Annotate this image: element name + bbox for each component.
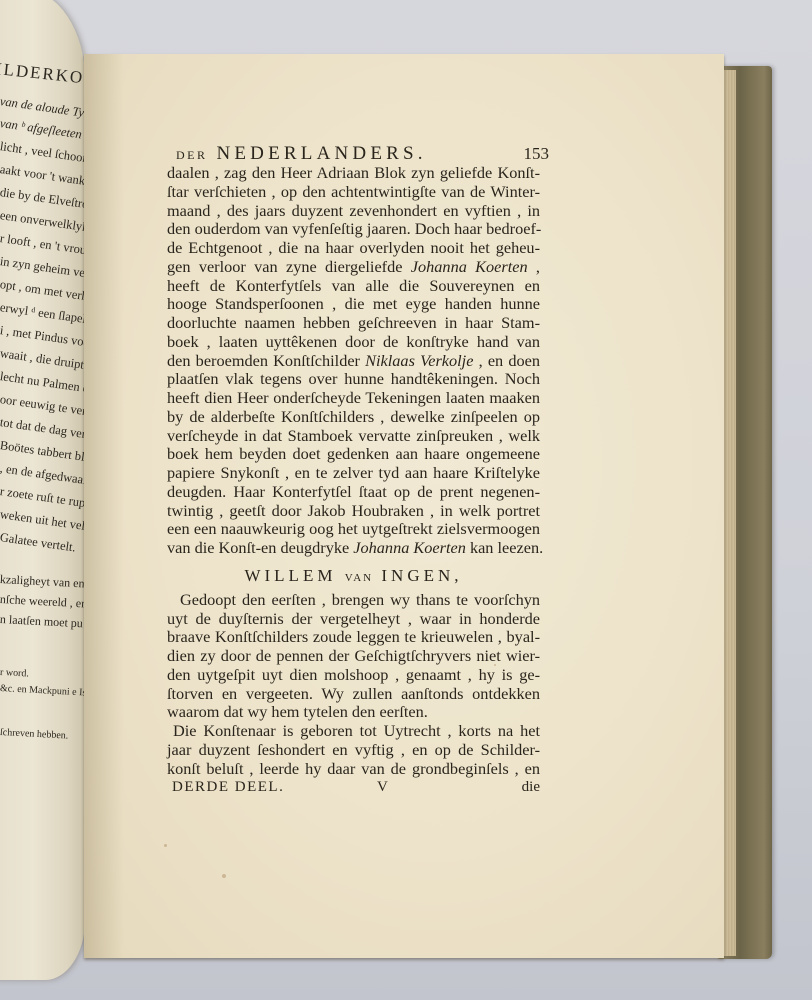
text-segment: van die Konſt-en deugdryke bbox=[167, 538, 353, 557]
heading-first-name: WILLEM bbox=[244, 566, 336, 585]
page-number: 153 bbox=[524, 144, 550, 164]
text-line: verſcheyde in dat Stamboek vervatte zinſ… bbox=[167, 427, 540, 446]
text-line: den uytgeſpit uyt dien molshoop , genaam… bbox=[167, 666, 540, 685]
italic-name: Niklaas Verkolje bbox=[365, 351, 473, 370]
text-line: den beroemden Konſtſchilder Niklaas Verk… bbox=[167, 352, 540, 371]
text-line: doorluchte naamen hebben geſchreeven in … bbox=[167, 314, 540, 333]
left-page: ILDERKONST van de aloude Tyberinaden, va… bbox=[0, 0, 85, 980]
text-line: boek , laaten uyttêkenen door de konſtry… bbox=[167, 333, 540, 352]
text-segment: gen verloor van zyne diergeliefde bbox=[167, 257, 411, 276]
signature-mark: V bbox=[377, 779, 388, 796]
heading-particle: VAN bbox=[345, 572, 373, 584]
left-page-footnote: ſchreven hebben. bbox=[0, 722, 69, 748]
left-page-footnote: &c. en Mackpuni e Is bbox=[0, 678, 85, 705]
text-line: Gedoopt den eerſten , brengen wy thans t… bbox=[167, 591, 540, 610]
text-line: waarom dat wy hem tytelen den eerſten. bbox=[167, 703, 540, 722]
text-line: den ouderdom van vyfenſeſtig jaaren. Doc… bbox=[167, 220, 540, 239]
text-line: twintig , geetſt door Jakob Houbraken , … bbox=[167, 502, 540, 521]
text-line: papiere Snykonſt , en te zelver tyd aan … bbox=[167, 464, 540, 483]
page-footer: DERDE DEEL. V die bbox=[167, 779, 540, 799]
running-head-main: NEDERLANDERS. bbox=[216, 143, 426, 164]
text-line: een een naauwkeurig oog het uytgeſtrekt … bbox=[167, 520, 540, 539]
volume-signature: DERDE DEEL. bbox=[172, 779, 284, 796]
text-line: by de alderbeſte Konſtſchilders , dewelk… bbox=[167, 408, 540, 427]
text-line: konſt beluſt , leerde hy daar van de gro… bbox=[167, 760, 540, 779]
page-edges bbox=[722, 70, 736, 956]
foxing-spot bbox=[164, 844, 167, 847]
text-line: heeft de Konterfytſels van alle die Souv… bbox=[167, 277, 540, 296]
section-heading: WILLEM VAN INGEN, bbox=[167, 560, 540, 591]
text-line: jaar duyzent ſeshondert en vyftig , en o… bbox=[167, 741, 540, 760]
running-head-prefix: DER bbox=[176, 148, 208, 162]
left-page-heading: ILDERKONST bbox=[0, 58, 85, 94]
foxing-spot bbox=[222, 874, 226, 878]
text-line: hooge Standsperſoonen , die met eyge han… bbox=[167, 295, 540, 314]
italic-name: Johanna Koerten bbox=[353, 538, 466, 557]
heading-last-name: INGEN, bbox=[381, 566, 462, 585]
text-segment: , en doen bbox=[473, 351, 540, 370]
left-page-line: n laatſen moet pu bbox=[0, 608, 83, 635]
text-line: dien zy door de pennen der Geſchigtſchry… bbox=[167, 647, 540, 666]
page-text-block: DER NEDERLANDERS. 153 daalen , zag den H… bbox=[167, 140, 540, 799]
text-line: deugden. Haar Konterfytſel ſtaat op de p… bbox=[167, 483, 540, 502]
text-segment: , bbox=[528, 257, 540, 276]
text-line: de Echtgenoot , die na haar overlyden no… bbox=[167, 239, 540, 258]
text-line: boek hem beyden doet gedenken aan haare … bbox=[167, 445, 540, 464]
running-head: DER NEDERLANDERS. 153 bbox=[167, 140, 540, 164]
text-line: heeft dien Heer onderſcheyde Tekeningen … bbox=[167, 389, 540, 408]
text-segment: den beroemden Konſtſchilder bbox=[167, 351, 365, 370]
text-line: braave Konſtſchilders zoude leggen te kr… bbox=[167, 628, 540, 647]
text-line: gen verloor van zyne diergeliefde Johann… bbox=[167, 258, 540, 277]
text-line: Die Konſtenaar is geboren tot Uytrecht ,… bbox=[167, 722, 540, 741]
text-line: maand , des jaars duyzent zevenhondert e… bbox=[167, 202, 540, 221]
text-segment: kan leezen. bbox=[466, 538, 543, 557]
text-line: ſtorven en vergeeten. Wy zullen aanſtond… bbox=[167, 685, 540, 704]
text-line: uyt de duyſternis der vergetelheyt , waa… bbox=[167, 610, 540, 629]
text-line: daalen , zag den Heer Adriaan Blok zyn g… bbox=[167, 164, 540, 183]
text-line: ſtar verſchieten , op den achtentwintigſ… bbox=[167, 183, 540, 202]
catchword: die bbox=[522, 779, 540, 796]
italic-name: Johanna Koerten bbox=[411, 257, 528, 276]
text-line: van die Konſt-en deugdryke Johanna Koert… bbox=[167, 539, 540, 558]
text-line: plaatſen vlak tegens over hunne handtêke… bbox=[167, 370, 540, 389]
running-head-title: DER NEDERLANDERS. bbox=[176, 143, 427, 165]
